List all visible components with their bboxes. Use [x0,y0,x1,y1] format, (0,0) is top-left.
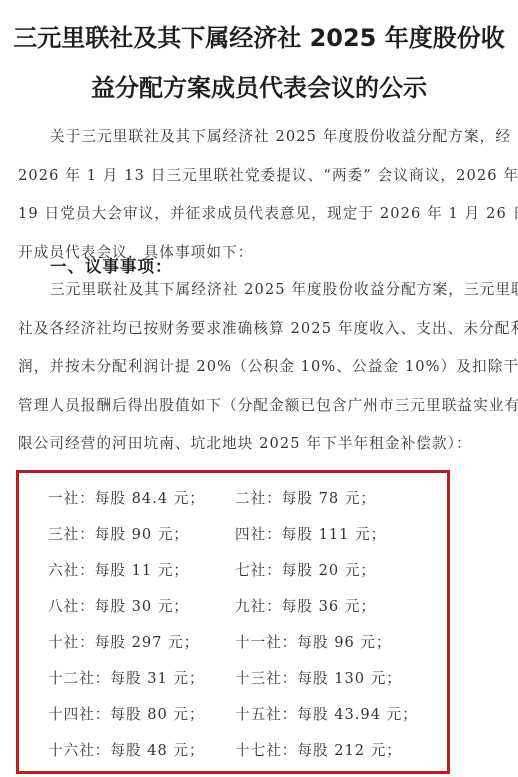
section-line: 润，并按未分配利润计提 20%（公积金 10%、公益金 10%）及扣除干部、 [18,348,506,387]
intro-line: 关于三元里联社及其下属经济社 2025 年度股份收益分配方案，经 [18,118,506,157]
share-value-right: 四社：每股 111 元； [235,523,386,544]
intro-line: 2026 年 1 月 13 日三元里联社党委提议、“两委” 会议商议，2026 … [18,157,506,196]
share-value-left: 一社：每股 84.4 元； [48,487,205,508]
share-value-right: 十五社：每股 43.94 元； [235,703,418,724]
share-value-right: 十三社：每股 130 元； [235,667,402,688]
share-value-right: 七社：每股 20 元； [235,559,376,580]
share-value-left: 八社：每股 30 元； [48,595,189,616]
section-line: 社及各经济社均已按财务要求准确核算 2025 年度收入、支出、未分配利 [18,310,506,349]
share-value-left: 三社：每股 90 元； [48,523,189,544]
section-line: 限公司经营的河田坑南、坑北地块 2025 年下半年租金补偿款）： [18,425,506,464]
share-value-right: 十一社：每股 96 元； [235,631,392,652]
share-values-highlight-box: 一社：每股 84.4 元； 二社：每股 78 元； 三社：每股 90 元； 四社… [16,470,450,774]
share-value-left: 十六社：每股 48 元； [48,739,205,760]
intro-line: 19 日党员大会审议，并征求成员代表意见，现定于 2026 年 1 月 26 日… [18,195,506,234]
section-line: 三元里联社及其下属经济社 2025 年度股份收益分配方案，三元里联 [18,271,506,310]
share-value-left: 六社：每股 11 元； [48,559,189,580]
intro-paragraph: 关于三元里联社及其下属经济社 2025 年度股份收益分配方案，经 2026 年 … [18,118,506,272]
share-value-right: 二社：每股 78 元； [235,487,376,508]
section-paragraph: 三元里联社及其下属经济社 2025 年度股份收益分配方案，三元里联 社及各经济社… [18,271,506,464]
share-value-left: 十二社：每股 31 元； [48,667,205,688]
document-title-line-2: 益分配方案成员代表会议的公示 [0,68,518,103]
share-value-left: 十社：每股 297 元； [48,631,199,652]
section-line: 管理人员报酬后得出股值如下（分配金额已包含广州市三元里联益实业有 [18,387,506,426]
share-value-right: 九社：每股 36 元； [235,595,376,616]
share-value-left: 十四社：每股 80 元； [48,703,205,724]
document-title-line-1: 三元里联社及其下属经济社 2025 年度股份收 [0,18,518,53]
share-value-right: 十七社：每股 212 元； [235,739,402,760]
